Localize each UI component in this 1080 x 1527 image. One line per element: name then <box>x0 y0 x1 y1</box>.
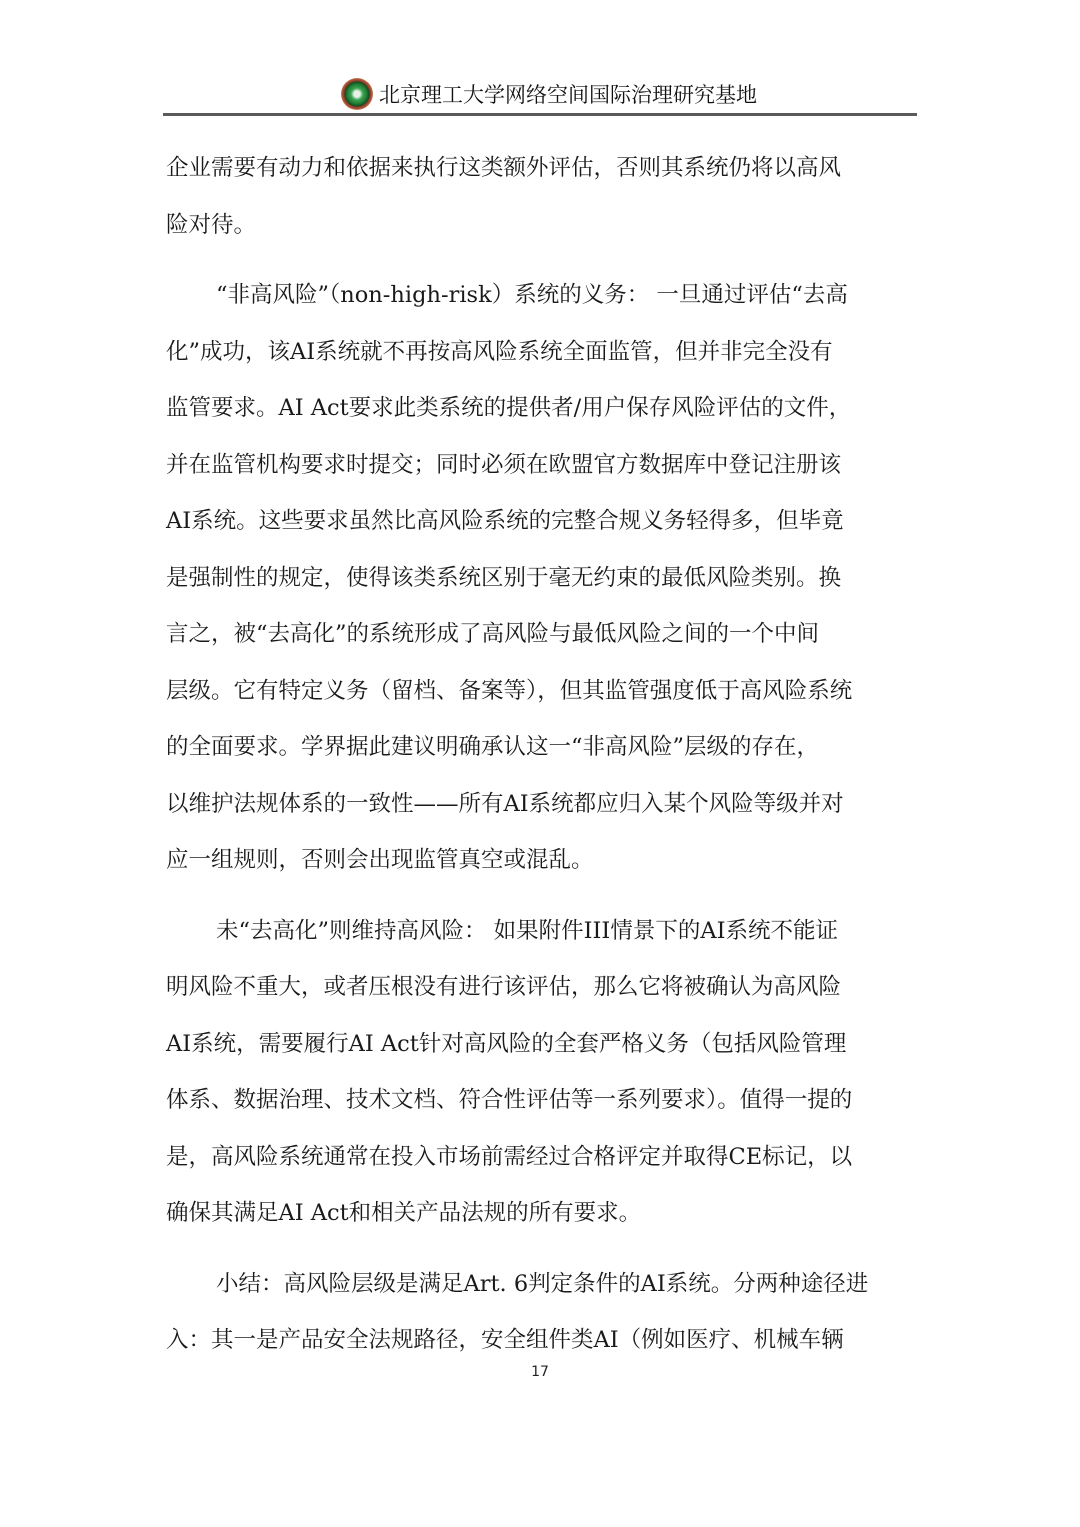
text-line: 应一组规则，否则会出现监管真空或混乱。 <box>166 832 918 889</box>
text-line: 确保其满足AI Act和相关产品法规的所有要求。 <box>166 1185 918 1242</box>
text-line: 企业需要有动力和依据来执行这类额外评估，否则其系统仍将以高风 <box>166 140 918 197</box>
paragraph-summary: 小结：高风险层级是满足Art. 6判定条件的AI系统。分两种途径进 入：其一是产… <box>166 1256 918 1369</box>
page-number: 17 <box>0 1364 1080 1380</box>
text-line: 的全面要求。学界据此建议明确承认这一“非高风险”层级的存在， <box>166 719 918 776</box>
paragraph-non-high-risk-obligations: “非高风险”（non-high-risk）系统的义务： 一旦通过评估“去高 化”… <box>166 267 918 889</box>
text-line: 小结：高风险层级是满足Art. 6判定条件的AI系统。分两种途径进 <box>166 1256 918 1313</box>
paragraph-remain-high-risk: 未“去高化”则维持高风险： 如果附件III情景下的AI系统不能证 明风险不重大，… <box>166 903 918 1242</box>
text-line: 化”成功，该AI系统就不再按高风险系统全面监管，但并非完全没有 <box>166 324 918 381</box>
text-line: 入：其一是产品安全法规路径，安全组件类AI（例如医疗、机械车辆 <box>166 1312 918 1369</box>
text-line: 未“去高化”则维持高风险： 如果附件III情景下的AI系统不能证 <box>166 903 918 960</box>
text-line: 以维护法规体系的一致性——所有AI系统都应归入某个风险等级并对 <box>166 776 918 833</box>
text-line: 明风险不重大，或者压根没有进行该评估，那么它将被确认为高风险 <box>166 959 918 1016</box>
text-line: 是，高风险系统通常在投入市场前需经过合格评定并取得CE标记，以 <box>166 1129 918 1186</box>
university-emblem-icon <box>341 78 373 110</box>
page-header: 北京理工大学网络空间国际治理研究基地 <box>163 70 917 116</box>
header-branding: 北京理工大学网络空间国际治理研究基地 <box>341 76 757 112</box>
text-line: 监管要求。AI Act要求此类系统的提供者/用户保存风险评估的文件， <box>166 380 918 437</box>
text-line: “非高风险”（non-high-risk）系统的义务： 一旦通过评估“去高 <box>166 267 918 324</box>
text-line: 言之，被“去高化”的系统形成了高风险与最低风险之间的一个中间 <box>166 606 918 663</box>
header-divider <box>163 113 917 116</box>
text-line: AI系统。这些要求虽然比高风险系统的完整合规义务轻得多，但毕竟 <box>166 493 918 550</box>
text-line: 险对待。 <box>166 197 918 254</box>
text-line: AI系统，需要履行AI Act针对高风险的全套严格义务（包括风险管理 <box>166 1016 918 1073</box>
header-title: 北京理工大学网络空间国际治理研究基地 <box>379 79 757 109</box>
paragraph-1: 企业需要有动力和依据来执行这类额外评估，否则其系统仍将以高风 险对待。 <box>166 140 918 253</box>
text-line: 体系、数据治理、技术文档、符合性评估等一系列要求）。值得一提的 <box>166 1072 918 1129</box>
text-line: 层级。它有特定义务（留档、备案等），但其监管强度低于高风险系统 <box>166 663 918 720</box>
text-line: 并在监管机构要求时提交；同时必须在欧盟官方数据库中登记注册该 <box>166 437 918 494</box>
text-line: 是强制性的规定，使得该类系统区别于毫无约束的最低风险类别。换 <box>166 550 918 607</box>
document-body: 企业需要有动力和依据来执行这类额外评估，否则其系统仍将以高风 险对待。 “非高风… <box>166 140 918 1369</box>
